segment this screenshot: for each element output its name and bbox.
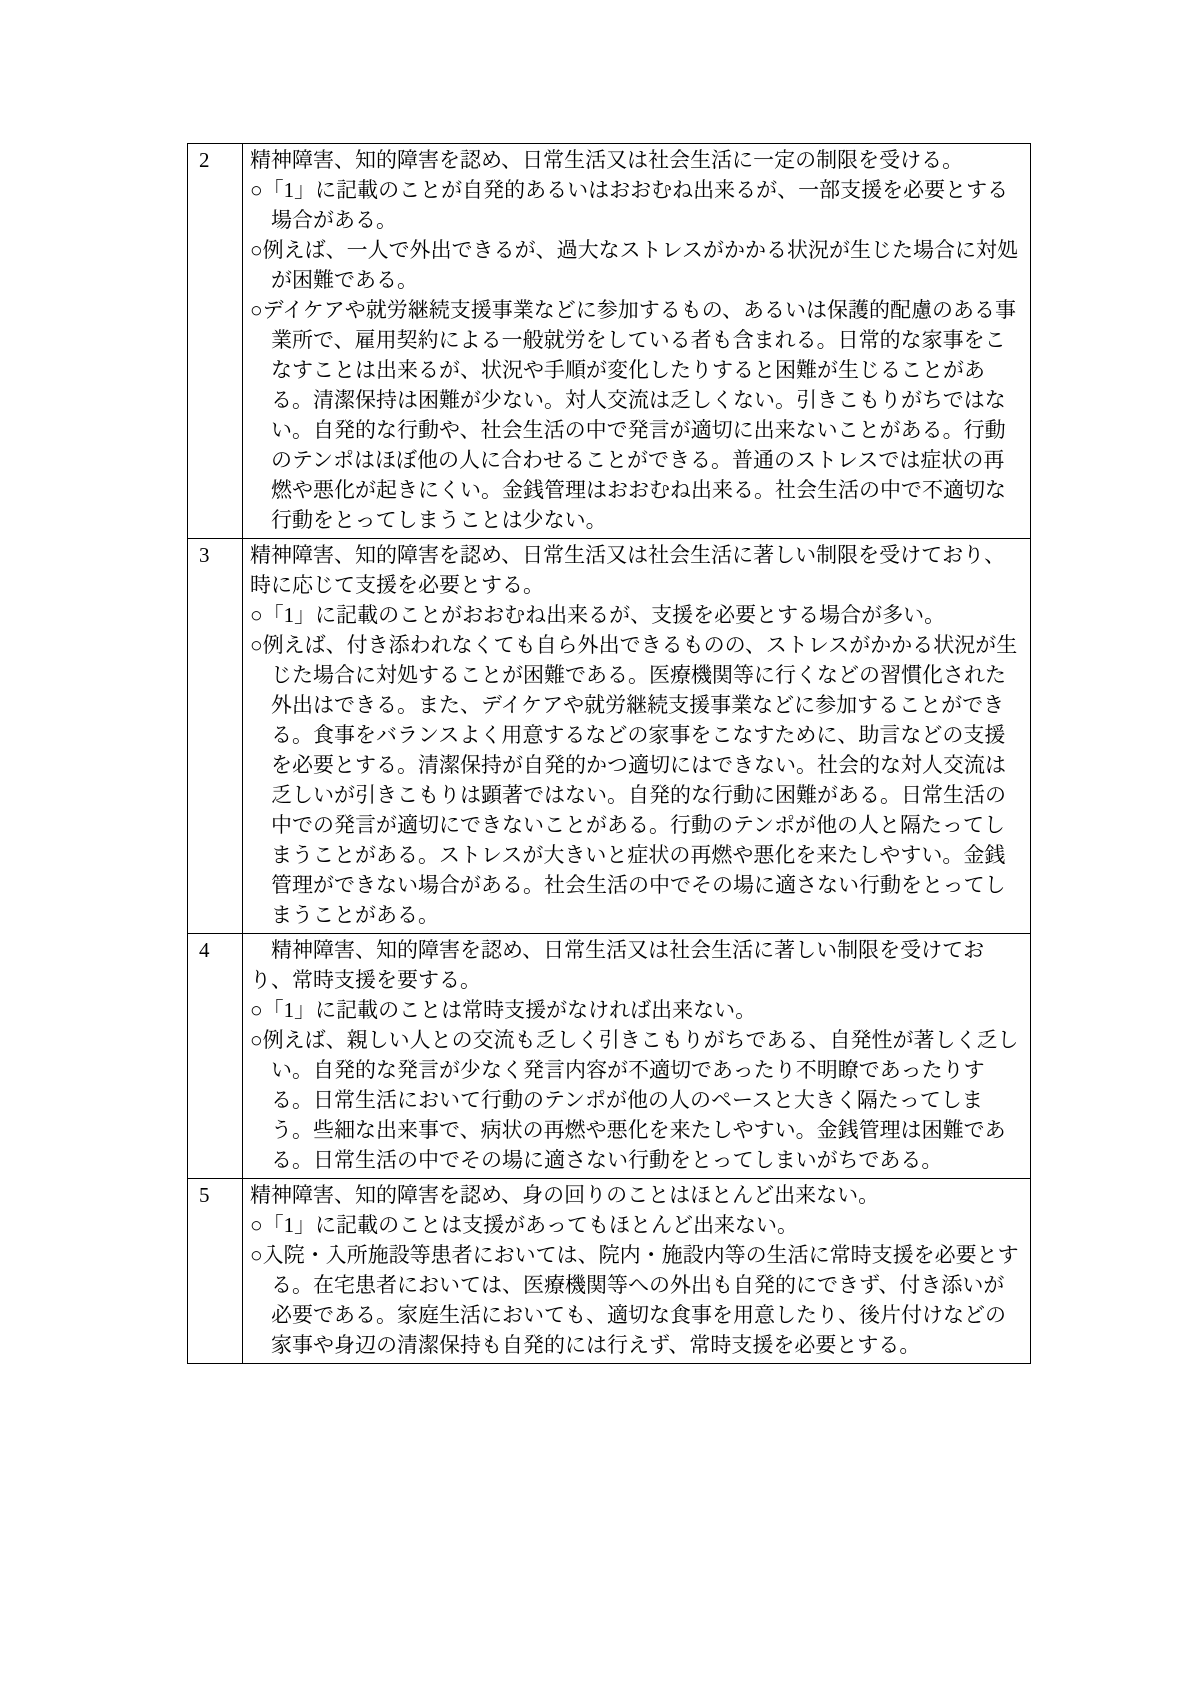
criteria-bullet-item: ○「1」に記載のことがおおむね出来るが、支援を必要とする場合が多い。 — [250, 600, 1023, 630]
table-row: 3 精神障害、知的障害を認め、日常生活又は社会生活に著しい制限を受けており、時に… — [188, 539, 1031, 934]
criteria-bullet-item: ○デイケアや就労継続支援事業などに参加するもの、あるいは保護的配慮のある事業所で… — [250, 295, 1023, 535]
grade-number: 2 — [188, 144, 243, 539]
document-page: { "page": { "background": "#ffffff", "te… — [0, 0, 1181, 1695]
criteria-bullet-item: ○例えば、一人で外出できるが、過大なストレスがかかる状況が生じた場合に対処が困難… — [250, 235, 1023, 295]
criteria-bullet-item: ○例えば、親しい人との交流も乏しく引きこもりがちである、自発性が著しく乏しい。自… — [250, 1025, 1023, 1175]
grade-summary-text: 精神障害、知的障害を認め、日常生活又は社会生活に著しい制限を受けており、時に応じ… — [250, 540, 1023, 600]
disability-grade-table-body: 2 精神障害、知的障害を認め、日常生活又は社会生活に一定の制限を受ける。○「1」… — [188, 144, 1031, 1364]
grade-summary-text: 精神障害、知的障害を認め、身の回りのことはほとんど出来ない。 — [250, 1180, 1023, 1210]
table-row: 2 精神障害、知的障害を認め、日常生活又は社会生活に一定の制限を受ける。○「1」… — [188, 144, 1031, 539]
criteria-bullet-item: ○「1」に記載のことは常時支援がなければ出来ない。 — [250, 995, 1023, 1025]
table-row: 4 精神障害、知的障害を認め、日常生活又は社会生活に著しい制限を受けており、常時… — [188, 934, 1031, 1179]
criteria-bullet-item: ○「1」に記載のことが自発的あるいはおおむね出来るが、一部支援を必要とする場合が… — [250, 175, 1023, 235]
criteria-bullet-item: ○「1」に記載のことは支援があってもほとんど出来ない。 — [250, 1210, 1023, 1240]
grade-description: 精神障害、知的障害を認め、日常生活又は社会生活に一定の制限を受ける。○「1」に記… — [243, 144, 1031, 539]
criteria-bullet-item: ○入院・入所施設等患者においては、院内・施設内等の生活に常時支援を必要とする。在… — [250, 1240, 1023, 1360]
grade-description: 精神障害、知的障害を認め、身の回りのことはほとんど出来ない。○「1」に記載のこと… — [243, 1179, 1031, 1364]
grade-description: 精神障害、知的障害を認め、日常生活又は社会生活に著しい制限を受けており、時に応じ… — [243, 539, 1031, 934]
grade-summary-text: 精神障害、知的障害を認め、日常生活又は社会生活に一定の制限を受ける。 — [250, 145, 1023, 175]
grade-number: 3 — [188, 539, 243, 934]
grade-number: 5 — [188, 1179, 243, 1364]
disability-grade-table: 2 精神障害、知的障害を認め、日常生活又は社会生活に一定の制限を受ける。○「1」… — [187, 143, 1031, 1364]
criteria-bullet-item: ○例えば、付き添われなくても自ら外出できるものの、ストレスがかかる状況が生じた場… — [250, 630, 1023, 930]
grade-summary-text: 精神障害、知的障害を認め、日常生活又は社会生活に著しい制限を受けており、常時支援… — [250, 935, 1023, 995]
table-row: 5 精神障害、知的障害を認め、身の回りのことはほとんど出来ない。○「1」に記載の… — [188, 1179, 1031, 1364]
grade-number: 4 — [188, 934, 243, 1179]
grade-description: 精神障害、知的障害を認め、日常生活又は社会生活に著しい制限を受けており、常時支援… — [243, 934, 1031, 1179]
